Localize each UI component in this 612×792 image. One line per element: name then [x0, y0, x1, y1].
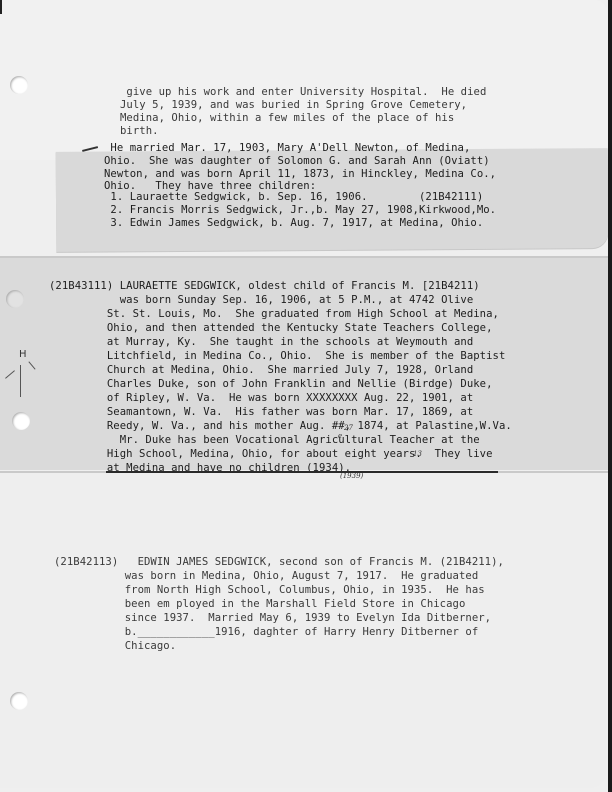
edwin-line: Chicago. [54, 640, 176, 653]
lauraette-line: Mr. Duke has been Vocational Agricultura… [49, 434, 480, 447]
pencil-mark [20, 365, 21, 397]
handwritten-years: 13 [413, 450, 422, 458]
margin-letter: H [19, 349, 27, 360]
edwin-line: since 1937. Married May 6, 1939 to Evely… [54, 612, 491, 625]
handwritten-day: 27 [344, 424, 353, 432]
edwin-line: was born in Medina, Ohio, August 7, 1917… [54, 570, 478, 583]
edwin-line: b.____________1916, daghter of Harry Hen… [54, 626, 478, 639]
child-list-item: 3. Edwin James Sedgwick, b. Aug. 7, 1917… [104, 217, 483, 230]
edwin-line: been em ployed in the Marshall Field Sto… [54, 598, 465, 611]
lauraette-line: was born Sunday Sep. 16, 1906, at 5 P.M.… [49, 294, 473, 307]
lauraette-line: Litchfield, in Medina Co., Ohio. She is … [49, 350, 505, 363]
scan-edge [0, 0, 2, 14]
binder-hole [12, 412, 30, 430]
lauraette-line: Church at Medina, Ohio. She married July… [49, 364, 473, 377]
lauraette-line: Seamantown, W. Va. His father was born M… [49, 406, 473, 419]
document-page: give up his work and enter University Ho… [0, 0, 612, 792]
continuation-line: July 5, 1939, and was buried in Spring G… [120, 99, 467, 112]
lauraette-line: St. St. Louis, Mo. She graduated from Hi… [49, 308, 499, 321]
lauraette-line: (21B43111) LAURAETTE SEDGWICK, oldest ch… [49, 280, 480, 293]
lauraette-line: Charles Duke, son of John Franklin and N… [49, 378, 493, 391]
section-divider [106, 471, 498, 473]
handwritten-correction: e [338, 432, 342, 440]
edwin-line: from North High School, Columbus, Ohio, … [54, 584, 485, 597]
continuation-line: give up his work and enter University Ho… [120, 86, 486, 99]
lauraette-line: at Medina and have no children (1934). [49, 462, 351, 475]
handwritten-year: (1939) [340, 472, 363, 480]
continuation-line: Medina, Ohio, within a few miles of the … [120, 112, 454, 125]
lauraette-line: at Murray, Ky. She taught in the schools… [49, 336, 473, 349]
scan-edge [608, 0, 612, 792]
binder-hole [10, 692, 28, 710]
child-list-item: 1. Lauraette Sedgwick, b. Sep. 16, 1906.… [104, 191, 483, 204]
binder-hole [6, 290, 24, 308]
marriage-line: He married Mar. 17, 1903, Mary A'Dell Ne… [104, 142, 470, 155]
lauraette-line: Reedy, W. Va., and his mother Aug. ##, 1… [49, 420, 512, 433]
binder-hole [10, 76, 28, 94]
child-list-item: 2. Francis Morris Sedgwick, Jr.,b. May 2… [104, 204, 496, 217]
strip-seam [0, 256, 608, 258]
edwin-line: (21B42113) EDWIN JAMES SEDGWICK, second … [54, 556, 504, 569]
lauraette-line: Ohio, and then attended the Kentucky Sta… [49, 322, 493, 335]
lauraette-line: High School, Medina, Ohio, for about eig… [49, 448, 493, 461]
marriage-line: Ohio. She was daughter of Solomon G. and… [104, 155, 490, 168]
continuation-line: birth. [120, 125, 159, 138]
top-paper-strip [0, 0, 608, 160]
lauraette-line: of Ripley, W. Va. He was born XXXXXXXX A… [49, 392, 473, 405]
